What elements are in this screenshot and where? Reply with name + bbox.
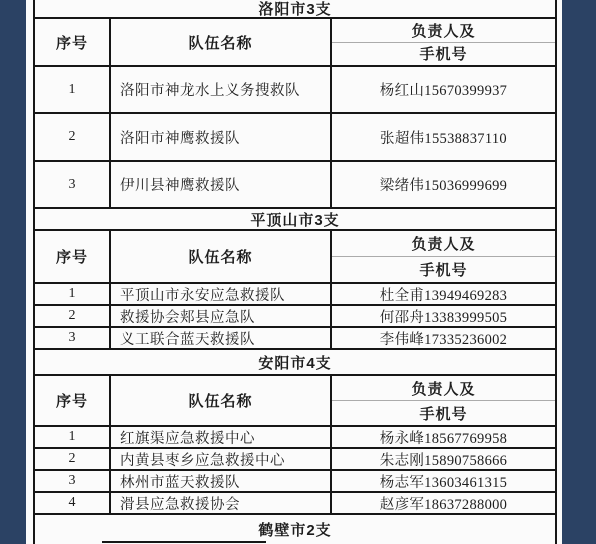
row-number-cell: 3 (35, 328, 111, 348)
contact-phone-cell: 朱志刚15890758666 (332, 449, 555, 469)
row-number-cell: 3 (35, 471, 111, 491)
contact-phone: 杜全甫13949469283 (380, 284, 507, 304)
contact-phone-cell: 梁绪伟15036999699 (332, 162, 555, 207)
row-number-cell: 1 (35, 427, 111, 447)
header-team-name-label: 队伍名称 (188, 390, 252, 411)
contact-phone: 李伟峰17335236002 (380, 328, 507, 348)
header-no: 序号 (35, 376, 111, 425)
team-name-cell: 洛阳市神鹰救援队 (111, 114, 332, 160)
header-contact-line2: 手机号 (332, 257, 555, 282)
team-row: 2 救援协会郏县应急队 何邵舟13383999505 (35, 306, 555, 328)
header-contact-line1-label: 负责人及 (411, 233, 475, 254)
team-row: 1 红旗渠应急救援中心 杨永峰18567769958 (35, 427, 555, 449)
row-number-cell: 2 (35, 449, 111, 469)
header-contact-line1-label: 负责人及 (411, 20, 475, 41)
contact-phone: 何邵舟13383999505 (380, 306, 507, 326)
team-row: 3 伊川县神鹰救援队 梁绪伟15036999699 (35, 162, 555, 209)
city-section-title: 安阳市4支 (258, 352, 331, 373)
row-number: 3 (69, 330, 76, 346)
cutoff-next-row-border (102, 541, 266, 543)
header-no-label: 序号 (56, 246, 88, 267)
header-contact-line2-label: 手机号 (419, 259, 467, 280)
city-section: 鹤壁市2支 (35, 515, 555, 544)
city-section-title: 平顶山市3支 (250, 209, 339, 230)
team-name: 平顶山市永安应急救援队 (120, 284, 285, 304)
header-contact: 负责人及 手机号 (332, 376, 555, 425)
rescue-teams-table: 洛阳市3支 序号 队伍名称 负责人及 手机号 1 洛阳市神龙水上义务搜救队 杨红… (33, 0, 557, 544)
team-name-cell: 内黄县枣乡应急救援中心 (111, 449, 332, 469)
roster-document: 洛阳市3支 序号 队伍名称 负责人及 手机号 1 洛阳市神龙水上义务搜救队 杨红… (26, 0, 562, 544)
team-name: 林州市蓝天救援队 (120, 471, 240, 491)
row-number-cell: 1 (35, 284, 111, 304)
contact-phone: 杨永峰18567769958 (380, 427, 507, 447)
contact-phone-cell: 何邵舟13383999505 (332, 306, 555, 326)
row-number-cell: 4 (35, 493, 111, 513)
city-section-title: 鹤壁市2支 (258, 519, 331, 540)
contact-phone-cell: 张超伟15538837110 (332, 114, 555, 160)
row-number-cell: 3 (35, 162, 111, 207)
contact-phone: 张超伟15538837110 (380, 127, 507, 148)
table-header-row: 序号 队伍名称 负责人及 手机号 (35, 231, 555, 284)
team-name-cell: 滑县应急救援协会 (111, 493, 332, 513)
row-number-cell: 1 (35, 67, 111, 112)
row-number: 2 (69, 308, 76, 324)
team-name-cell: 林州市蓝天救援队 (111, 471, 332, 491)
city-section-title-band: 鹤壁市2支 (35, 515, 555, 544)
team-name-cell: 救援协会郏县应急队 (111, 306, 332, 326)
city-section: 平顶山市3支 序号 队伍名称 负责人及 手机号 1 平顶山市永安应急救援队 杜全… (35, 209, 555, 350)
team-name: 义工联合蓝天救援队 (120, 328, 255, 348)
city-section-title-band: 安阳市4支 (35, 350, 555, 376)
row-number: 1 (69, 82, 76, 98)
team-row: 2 洛阳市神鹰救援队 张超伟15538837110 (35, 114, 555, 162)
row-number: 1 (69, 429, 76, 445)
contact-phone: 杨志军13603461315 (380, 471, 507, 491)
row-number: 4 (69, 495, 76, 511)
row-number: 3 (69, 473, 76, 489)
row-number: 2 (69, 129, 76, 145)
city-section-title-band: 洛阳市3支 (35, 0, 555, 19)
team-name-cell: 义工联合蓝天救援队 (111, 328, 332, 348)
team-name: 伊川县神鹰救援队 (120, 174, 240, 195)
team-row: 3 林州市蓝天救援队 杨志军13603461315 (35, 471, 555, 493)
team-row: 2 内黄县枣乡应急救援中心 朱志刚15890758666 (35, 449, 555, 471)
contact-phone-cell: 杜全甫13949469283 (332, 284, 555, 304)
header-no-label: 序号 (56, 390, 88, 411)
city-section-title-band: 平顶山市3支 (35, 209, 555, 231)
header-contact: 负责人及 手机号 (332, 231, 555, 282)
row-number: 3 (69, 177, 76, 193)
contact-phone: 朱志刚15890758666 (380, 449, 507, 469)
table-header-row: 序号 队伍名称 负责人及 手机号 (35, 19, 555, 67)
header-no: 序号 (35, 19, 111, 65)
contact-phone: 梁绪伟15036999699 (380, 174, 507, 195)
team-name: 滑县应急救援协会 (120, 493, 240, 513)
header-team-name: 队伍名称 (111, 376, 332, 425)
page-background: 洛阳市3支 序号 队伍名称 负责人及 手机号 1 洛阳市神龙水上义务搜救队 杨红… (0, 0, 596, 544)
team-row: 1 平顶山市永安应急救援队 杜全甫13949469283 (35, 284, 555, 306)
header-contact-line2: 手机号 (332, 43, 555, 66)
team-row: 4 滑县应急救援协会 赵彦军18637288000 (35, 493, 555, 515)
row-number: 2 (69, 451, 76, 467)
row-number: 1 (69, 286, 76, 302)
team-name-cell: 洛阳市神龙水上义务搜救队 (111, 67, 332, 112)
city-section: 安阳市4支 序号 队伍名称 负责人及 手机号 1 红旗渠应急救援中心 杨永峰18… (35, 350, 555, 515)
contact-phone-cell: 杨红山15670399937 (332, 67, 555, 112)
team-name: 内黄县枣乡应急救援中心 (120, 449, 285, 469)
team-name-cell: 平顶山市永安应急救援队 (111, 284, 332, 304)
header-contact-line1: 负责人及 (332, 231, 555, 257)
team-name: 洛阳市神龙水上义务搜救队 (120, 79, 300, 100)
header-contact-line1: 负责人及 (332, 376, 555, 401)
contact-phone-cell: 杨志军13603461315 (332, 471, 555, 491)
team-row: 1 洛阳市神龙水上义务搜救队 杨红山15670399937 (35, 67, 555, 114)
header-team-name-label: 队伍名称 (188, 32, 252, 53)
header-team-name-label: 队伍名称 (188, 246, 252, 267)
header-team-name: 队伍名称 (111, 231, 332, 282)
header-contact: 负责人及 手机号 (332, 19, 555, 65)
contact-phone-cell: 杨永峰18567769958 (332, 427, 555, 447)
city-section: 洛阳市3支 序号 队伍名称 负责人及 手机号 1 洛阳市神龙水上义务搜救队 杨红… (35, 0, 555, 209)
contact-phone-cell: 李伟峰17335236002 (332, 328, 555, 348)
header-contact-line2-label: 手机号 (419, 43, 467, 64)
contact-phone: 杨红山15670399937 (380, 79, 507, 100)
team-name: 洛阳市神鹰救援队 (120, 127, 240, 148)
header-contact-line1: 负责人及 (332, 19, 555, 43)
team-name-cell: 红旗渠应急救援中心 (111, 427, 332, 447)
city-section-title: 洛阳市3支 (258, 0, 331, 19)
header-team-name: 队伍名称 (111, 19, 332, 65)
table-header-row: 序号 队伍名称 负责人及 手机号 (35, 376, 555, 427)
team-name-cell: 伊川县神鹰救援队 (111, 162, 332, 207)
contact-phone: 赵彦军18637288000 (380, 493, 507, 513)
row-number-cell: 2 (35, 114, 111, 160)
header-contact-line1-label: 负责人及 (411, 378, 475, 399)
header-contact-line2-label: 手机号 (419, 403, 467, 424)
row-number-cell: 2 (35, 306, 111, 326)
header-no: 序号 (35, 231, 111, 282)
contact-phone-cell: 赵彦军18637288000 (332, 493, 555, 513)
team-name: 救援协会郏县应急队 (120, 306, 255, 326)
team-name: 红旗渠应急救援中心 (120, 427, 255, 447)
header-no-label: 序号 (56, 32, 88, 53)
team-row: 3 义工联合蓝天救援队 李伟峰17335236002 (35, 328, 555, 350)
header-contact-line2: 手机号 (332, 401, 555, 425)
